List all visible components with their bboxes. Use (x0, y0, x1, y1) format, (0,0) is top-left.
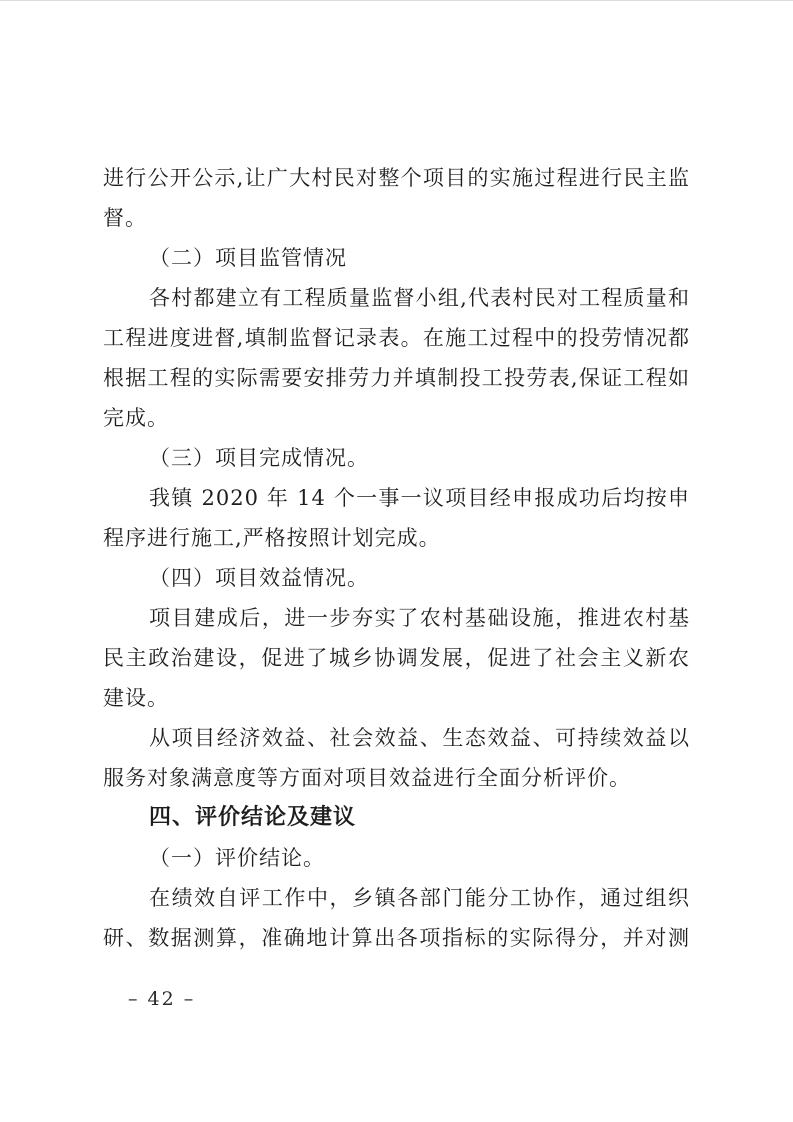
text-line: 在绩效自评工作中，乡镇各部门能分工协作，通过组织调 (103, 878, 690, 918)
text-line: 根据工程的实际需要安排劳力并填制投工投劳表,保证工程如期 (103, 358, 690, 398)
subsection-heading: （一）评价结论。 (103, 838, 690, 878)
text-line: 程序进行施工,严格按照计划完成。 (103, 518, 690, 558)
text-line: 民主政治建设，促进了城乡协调发展，促进了社会主义新农村 (103, 638, 690, 678)
text-line: 研、数据测算，准确地计算出各项指标的实际得分，并对测算 (103, 918, 690, 958)
text-line: 工程进度进督,填制监督记录表。在施工过程中的投劳情况都会 (103, 318, 690, 358)
page-number: – 42 – (128, 985, 195, 1013)
text-line: 督。 (103, 198, 690, 238)
text-line: 我镇 2020 年 14 个一事一议项目经申报成功后均按申报的 (103, 478, 690, 518)
text-line: 服务对象满意度等方面对项目效益进行全面分析评价。 (103, 758, 690, 798)
text-line: 完成。 (103, 398, 690, 438)
page-top-edge-line (0, 0, 793, 1)
document-page: 进行公开公示,让广大村民对整个项目的实施过程进行民主监 督。 （二）项目监管情况… (0, 0, 793, 1122)
document-body: 进行公开公示,让广大村民对整个项目的实施过程进行民主监 督。 （二）项目监管情况… (103, 158, 690, 958)
subsection-heading: （二）项目监管情况 (103, 238, 690, 278)
text-line: 各村都建立有工程质量监督小组,代表村民对工程质量和 (103, 278, 690, 318)
text-line: 从项目经济效益、社会效益、生态效益、可持续效益以及 (103, 718, 690, 758)
text-line: 进行公开公示,让广大村民对整个项目的实施过程进行民主监 (103, 158, 690, 198)
text-line: 建设。 (103, 678, 690, 718)
subsection-heading: （三）项目完成情况。 (103, 438, 690, 478)
subsection-heading: （四）项目效益情况。 (103, 558, 690, 598)
section-heading: 四、评价结论及建议 (103, 798, 690, 838)
text-line: 项目建成后，进一步夯实了农村基础设施，推进农村基层 (103, 598, 690, 638)
